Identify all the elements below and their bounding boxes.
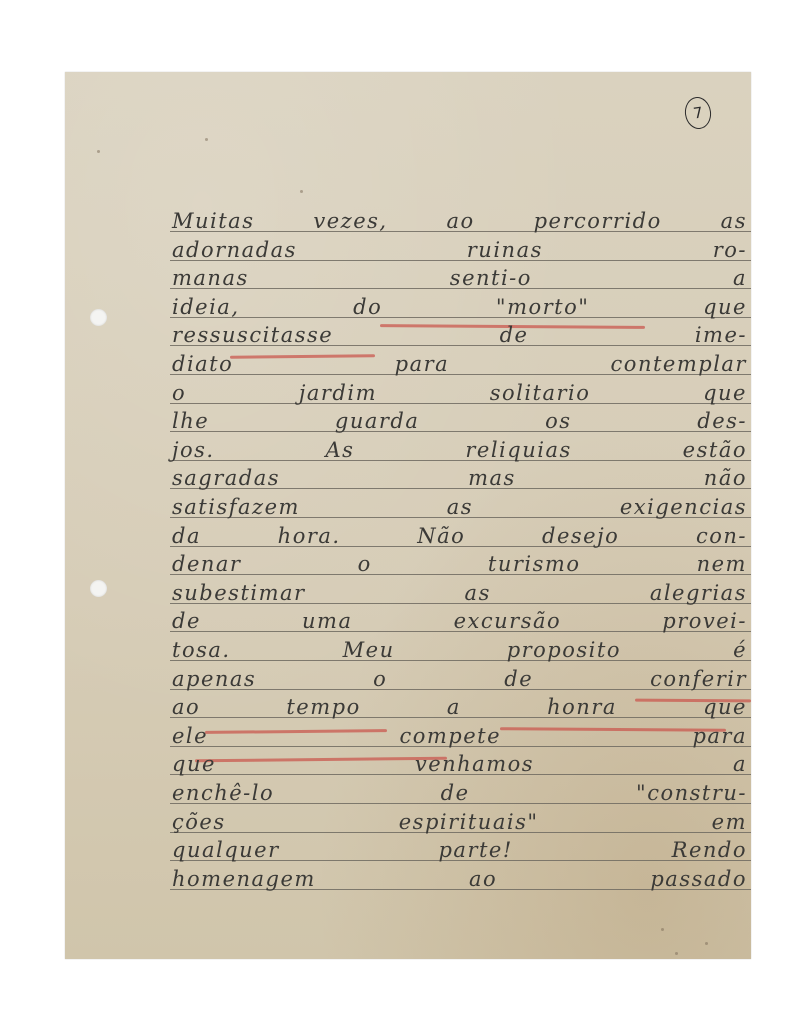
manuscript-word: satisfazem [172,493,300,521]
paper-speck [300,190,303,193]
manuscript-line: diatoparacontemplar [172,348,747,376]
manuscript-word: parte! [438,836,512,864]
manuscript-word: Meu [343,636,395,664]
manuscript-line: çõesespirituais"em [172,806,747,834]
manuscript-word: ideia, [172,293,240,321]
manuscript-word: que [703,379,747,407]
manuscript-word: excursão [454,607,562,635]
manuscript-word: de [500,321,529,349]
manuscript-word: o [373,665,387,693]
manuscript-word: para [692,722,747,750]
manuscript-word: apenas [172,665,256,693]
manuscript-word: As [326,436,355,464]
manuscript-line: satisfazemasexigencias [172,491,747,519]
manuscript-word: ressuscitasse [172,321,333,349]
manuscript-word: guarda [335,407,420,435]
punch-hole-top [90,309,107,326]
manuscript-word: de [504,665,533,693]
manuscript-line: deumaexcursãoprovei- [172,605,747,633]
manuscript-line: tosa.Meupropositoé [172,634,747,662]
manuscript-word: nem [697,550,747,578]
manuscript-word: des- [697,407,747,435]
manuscript-word: exigencias [620,493,747,521]
manuscript-word: a [733,264,747,292]
manuscript-line: subestimarasalegrias [172,577,747,605]
manuscript-line: denaroturismonem [172,548,747,576]
manuscript-word: enchê-lo [172,779,274,807]
manuscript-word: estão [683,436,747,464]
manuscript-word: tosa. [172,636,231,664]
manuscript-word: o [358,550,372,578]
manuscript-word: as [465,579,491,607]
manuscript-word: senti-o [450,264,532,292]
manuscript-word: a [733,750,747,778]
manuscript-word: hora. [278,522,341,550]
manuscript-word: é [733,636,747,664]
manuscript-word: denar [172,550,241,578]
manuscript-word: da [172,522,201,550]
manuscript-word: subestimar [172,579,306,607]
manuscript-word: Muitas [172,207,254,235]
manuscript-line: dahora.Nãodesejocon- [172,520,747,548]
manuscript-word: não [704,464,747,492]
manuscript-line: ideia,do"morto"que [172,291,747,319]
manuscript-word: de [172,607,201,635]
manuscript-word: "constru- [636,779,747,807]
manuscript-word: ele [172,722,208,750]
manuscript-word: provei- [662,607,747,635]
manuscript-word: Rendo [672,836,747,864]
manuscript-word: ao [447,207,475,235]
manuscript-page: 7 Muitasvezes,aopercorridoasadornadasrui… [65,72,751,959]
manuscript-word: uma [302,607,352,635]
manuscript-word: "morto" [496,293,590,321]
manuscript-word: de [441,779,470,807]
manuscript-word: con- [696,522,747,550]
manuscript-line: quevenhamosa [172,748,747,776]
manuscript-line: lheguardaosdes- [172,405,747,433]
manuscript-line: qualquerparte!Rendo [172,834,747,862]
manuscript-word: ções [172,808,226,836]
manuscript-word: tempo [286,693,360,721]
manuscript-word: turismo [488,550,581,578]
manuscript-word: espirituais" [399,808,539,836]
manuscript-word: mas [468,464,516,492]
page-number: 7 [683,95,713,130]
manuscript-word: vezes, [313,207,387,235]
manuscript-word: que [703,293,747,321]
manuscript-word: manas [172,264,249,292]
manuscript-line: manassenti-oa [172,262,747,290]
manuscript-line: ojardimsolitarioque [172,377,747,405]
manuscript-word: adornadas [172,236,297,264]
manuscript-word: percorrido [534,207,662,235]
manuscript-word: o [172,379,186,407]
manuscript-word: para [395,350,450,378]
manuscript-line: Muitasvezes,aopercorridoas [172,205,747,233]
manuscript-word: alegrias [650,579,747,607]
manuscript-line: sagradasmasnão [172,462,747,490]
manuscript-word: diato [172,350,233,378]
manuscript-word: proposito [507,636,621,664]
manuscript-word: do [353,293,382,321]
manuscript-word: a [447,693,461,721]
manuscript-line: elecompetepara [172,720,747,748]
manuscript-word: honra [547,693,617,721]
page-number-text: 7 [692,103,704,122]
manuscript-word: venhamos [415,750,534,778]
manuscript-word: ime- [695,321,747,349]
manuscript-line: ressuscitassedeime- [172,319,747,347]
manuscript-word: as [721,207,747,235]
manuscript-word: reliquias [465,436,571,464]
manuscript-word: ao [172,693,200,721]
manuscript-word: que [703,693,747,721]
manuscript-word: Não [417,522,465,550]
manuscript-word: compete [399,722,501,750]
paper-speck [661,928,664,931]
manuscript-word: lhe [172,407,209,435]
paper-speck [205,138,208,141]
manuscript-word: que [172,750,216,778]
manuscript-word: solitario [490,379,591,407]
manuscript-word: sagradas [172,464,280,492]
manuscript-word: homenagem [172,865,316,893]
manuscript-word: ro- [713,236,747,264]
manuscript-word: as [447,493,473,521]
paper-speck [705,942,708,945]
manuscript-word: os [545,407,571,435]
manuscript-word: qualquer [172,836,280,864]
manuscript-word: ao [469,865,497,893]
manuscript-word: jos. [172,436,215,464]
manuscript-word: contemplar [611,350,747,378]
manuscript-word: passado [650,865,747,893]
manuscript-word: desejo [542,522,619,550]
paper-speck [97,150,100,153]
manuscript-word: em [712,808,747,836]
manuscript-line: enchê-lode"constru- [172,777,747,805]
manuscript-word: conferir [650,665,747,693]
manuscript-line: apenasodeconferir [172,663,747,691]
manuscript-line: aotempoahonraque [172,691,747,719]
manuscript-line: adornadasruinasro- [172,234,747,262]
manuscript-line: homenagemaopassado [172,863,747,891]
punch-hole-bottom [90,580,107,597]
manuscript-word: ruinas [467,236,543,264]
manuscript-word: jardim [299,379,377,407]
manuscript-line: jos.Asreliquiasestão [172,434,747,462]
paper-speck [675,952,678,955]
